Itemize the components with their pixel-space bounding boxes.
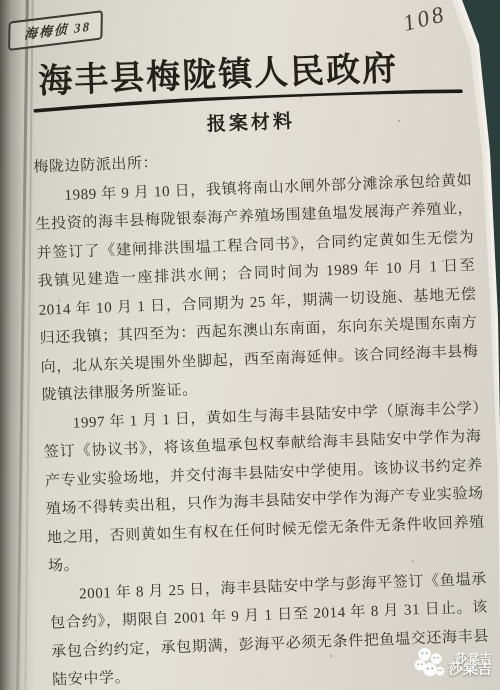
watermark: 莎棠吉 莎棠吉 bbox=[412, 646, 493, 684]
paragraph: 1997 年 1 月 1 日，黄如生与海丰县陆安中学（原海丰公学）签订《协议书》… bbox=[42, 394, 486, 581]
watermark-text: 莎棠吉 莎棠吉 bbox=[449, 653, 493, 677]
chat-bubbles-icon bbox=[412, 646, 448, 684]
document-content: 海丰县梅陇镇人民政府 报案材料 梅陇边防派出所： 1989 年 9 月 10 日… bbox=[29, 38, 490, 690]
file-label-text: 海梅侦 38 bbox=[24, 19, 91, 42]
watermark-line: 莎棠吉 bbox=[449, 664, 493, 677]
paper-specks bbox=[0, 0, 2, 2]
paragraph: 1989 年 9 月 10 日，我镇将南山水闸外部分滩涂承包给黄如生投资的海丰县… bbox=[34, 166, 480, 410]
document-body: 梅陇边防派出所： 1989 年 9 月 10 日，我镇将南山水闸外部分滩涂承包给… bbox=[33, 138, 491, 690]
photo-of-document: 海梅侦 38 108 海丰县梅陇镇人民政府 报案材料 梅陇边防派出所： 1989… bbox=[0, 0, 500, 690]
